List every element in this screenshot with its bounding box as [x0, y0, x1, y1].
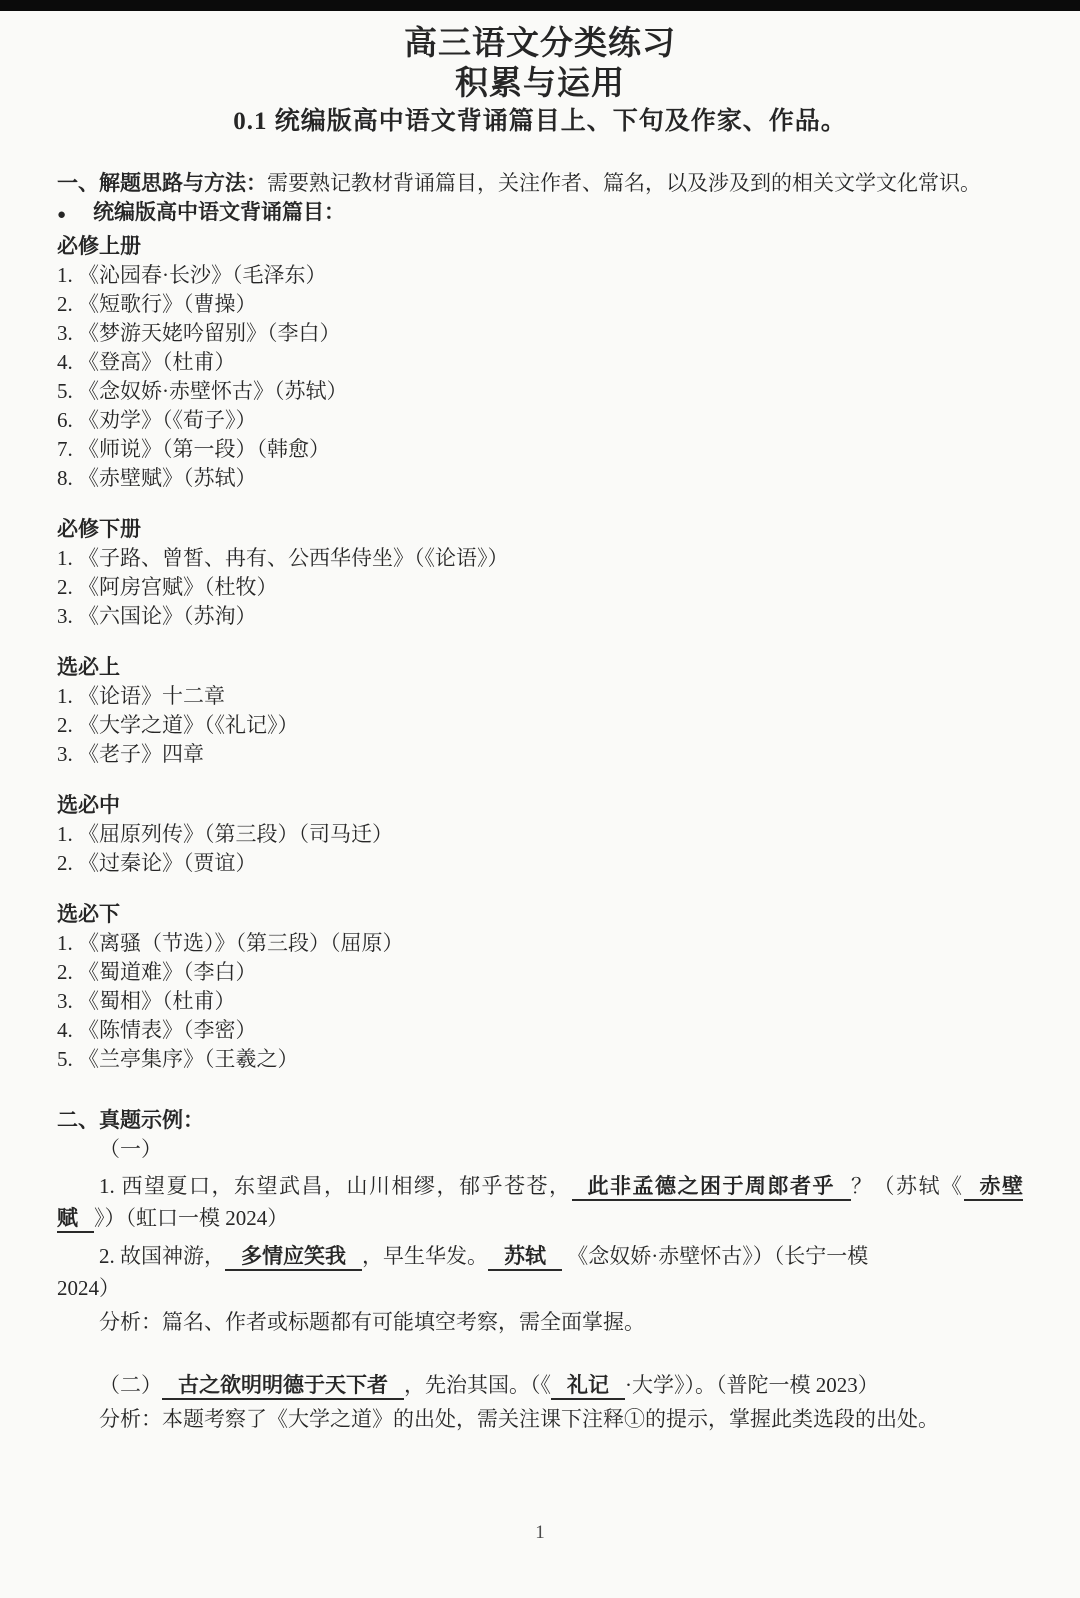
book-section: 必修上册1. 《沁园春·长沙》（毛泽东）2. 《短歌行》（曹操）3. 《梦游天姥…: [57, 232, 1023, 493]
doc-section-label: 0.1 统编版高中语文背诵篇目上、下句及作家、作品。: [57, 104, 1023, 139]
answer-blank: 此非孟德之困于周郎者乎: [572, 1174, 852, 1201]
book-item: 5. 《兰亭集序》（王羲之）: [57, 1045, 1023, 1074]
book-item: 2. 《过秦论》（贾谊）: [57, 849, 1023, 878]
book-title: 必修下册: [57, 515, 1023, 544]
photo-top-edge: [0, 0, 1080, 11]
paragraph-text: ·大学》）。（普陀一模 2023）: [625, 1373, 879, 1397]
book-item: 3. 《六国论》（苏洵）: [57, 602, 1023, 631]
book-item: 1. 《屈原列传》（第三段）（司马迁）: [57, 820, 1023, 849]
book-item: 7. 《师说》（第一段）（韩愈）: [57, 435, 1023, 464]
answer-blank: 古之欲明明德于天下者: [162, 1373, 404, 1400]
doc-subtitle: 积累与运用: [57, 64, 1023, 104]
book-section: 选必上1. 《论语》十二章2. 《大学之道》（《礼记》）3. 《老子》四章: [57, 653, 1023, 769]
book-item: 1. 《论语》十二章: [57, 682, 1023, 711]
paragraph-text: 2024）: [57, 1276, 120, 1300]
answer-blank: 苏轼: [488, 1244, 562, 1271]
book-item: 1. 《子路、曾皙、冉有、公西华侍坐》（《论语》）: [57, 544, 1023, 573]
example-group1-label: （一）: [57, 1135, 1023, 1164]
book-title: 选必中: [57, 791, 1023, 820]
paragraph-text: （二）: [99, 1373, 162, 1397]
example-question-2: 2. 故国神游，多情应笑我，早生华发。苏轼 《念奴娇·赤壁怀古》）（长宁一模20…: [57, 1240, 1023, 1304]
doc-title: 高三语文分类练习: [57, 24, 1023, 64]
example-question-1: 1. 西望夏口，东望武昌，山川相缪，郁乎苍苍，此非孟德之困于周郎者乎？（苏轼《赤…: [57, 1170, 1023, 1234]
paragraph-heading: 一、解题思路与方法：: [57, 171, 267, 195]
paragraph-text: 2. 故国神游，: [99, 1244, 225, 1268]
example-question-3: （二）古之欲明明德于天下者，先治其国。（《礼记·大学》）。（普陀一模 2023）: [57, 1369, 1023, 1401]
paragraph-text: ？（苏轼《: [851, 1174, 964, 1198]
examples-heading: 二、真题示例：: [57, 1106, 1023, 1135]
document-page: 高三语文分类练习 积累与运用 0.1 统编版高中语文背诵篇目上、下句及作家、作品…: [0, 0, 1080, 1434]
book-section: 选必中1. 《屈原列传》（第三段）（司马迁）2. 《过秦论》（贾谊）: [57, 791, 1023, 878]
book-title: 选必上: [57, 653, 1023, 682]
book-item: 2. 《蜀道难》（李白）: [57, 958, 1023, 987]
book-item: 8. 《赤壁赋》（苏轼）: [57, 464, 1023, 493]
bullet-icon: ●: [57, 207, 66, 223]
answer-blank: 礼记: [551, 1373, 625, 1400]
recitation-book-lists: 必修上册1. 《沁园春·长沙》（毛泽东）2. 《短歌行》（曹操）3. 《梦游天姥…: [57, 232, 1023, 1074]
paragraph-text: 1. 西望夏口，东望武昌，山川相缪，郁乎苍苍，: [99, 1174, 572, 1198]
paragraph-text: 需要熟记教材背诵篇目，关注作者、篇名，以及涉及到的相关文学文化常识。: [267, 171, 981, 195]
book-item: 1. 《沁园春·长沙》（毛泽东）: [57, 261, 1023, 290]
book-item: 2. 《短歌行》（曹操）: [57, 290, 1023, 319]
paragraph-text: ，先治其国。（《: [404, 1373, 551, 1397]
book-item: 3. 《蜀相》（杜甫）: [57, 987, 1023, 1016]
paragraph-text: ，早生华发。: [362, 1244, 488, 1268]
bullet-line: ●统编版高中语文背诵篇目：: [57, 198, 1023, 230]
page-number: 1: [0, 1522, 1080, 1544]
analysis-paragraph-1: 分析：篇名、作者或标题都有可能填空考察，需全面掌握。: [57, 1308, 1023, 1337]
book-section: 必修下册1. 《子路、曾皙、冉有、公西华侍坐》（《论语》）2. 《阿房宫赋》（杜…: [57, 515, 1023, 631]
answer-blank: 多情应笑我: [225, 1244, 362, 1271]
book-title: 选必下: [57, 900, 1023, 929]
book-title: 必修上册: [57, 232, 1023, 261]
book-section: 选必下1. 《离骚（节选）》（第三段）（屈原）2. 《蜀道难》（李白）3. 《蜀…: [57, 900, 1023, 1074]
analysis-paragraph-2: 分析：本题考察了《大学之道》的出处，需关注课下注释①的提示，掌握此类选段的出处。: [57, 1405, 1023, 1434]
paragraph-text: 《念奴娇·赤壁怀古》）（长宁一模: [562, 1244, 868, 1268]
methods-paragraph: 一、解题思路与方法：需要熟记教材背诵篇目，关注作者、篇名，以及涉及到的相关文学文…: [57, 169, 1023, 198]
paragraph-text: 》）（虹口一模 2024）: [94, 1206, 288, 1230]
book-item: 1. 《离骚（节选）》（第三段）（屈原）: [57, 929, 1023, 958]
book-item: 4. 《陈情表》（李密）: [57, 1016, 1023, 1045]
book-item: 6. 《劝学》（《荀子》）: [57, 406, 1023, 435]
bullet-heading: 统编版高中语文背诵篇目：: [93, 200, 345, 224]
book-item: 4. 《登高》（杜甫）: [57, 348, 1023, 377]
book-item: 3. 《老子》四章: [57, 740, 1023, 769]
book-item: 5. 《念奴娇·赤壁怀古》（苏轼）: [57, 377, 1023, 406]
book-item: 3. 《梦游天姥吟留别》（李白）: [57, 319, 1023, 348]
book-item: 2. 《大学之道》（《礼记》）: [57, 711, 1023, 740]
book-item: 2. 《阿房宫赋》（杜牧）: [57, 573, 1023, 602]
